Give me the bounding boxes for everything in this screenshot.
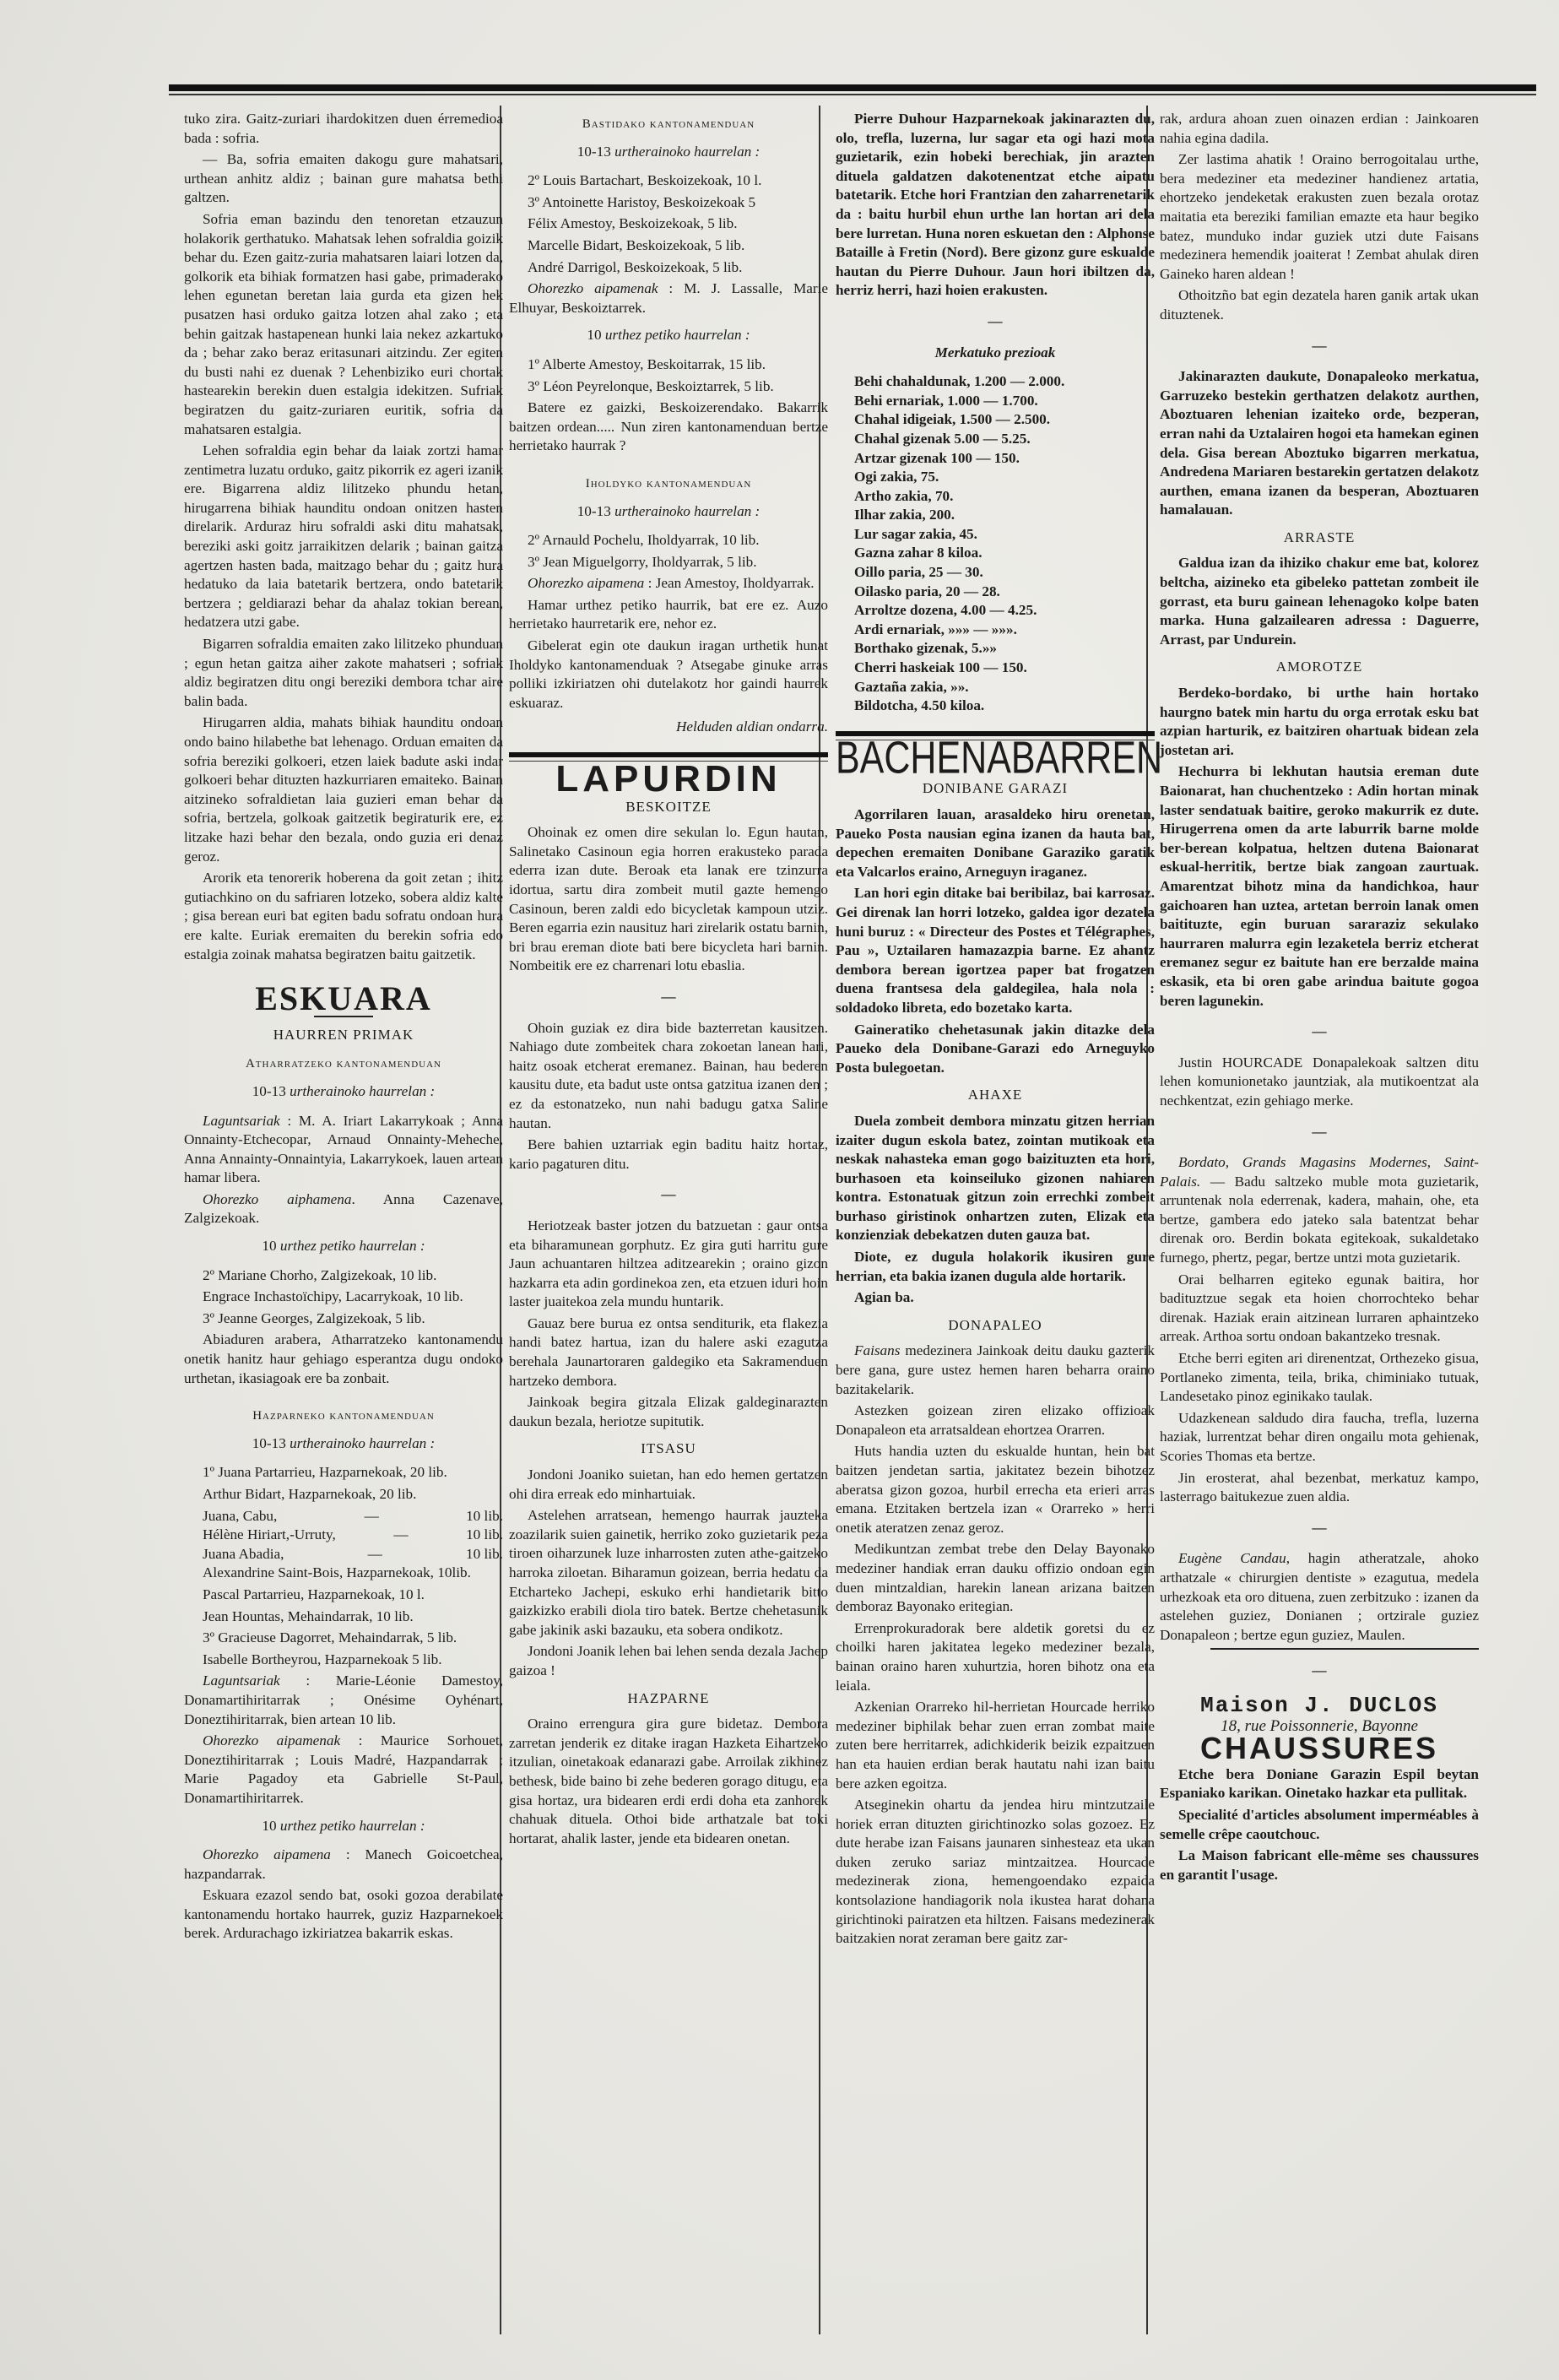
name: Juana Abadia, bbox=[203, 1545, 284, 1564]
list-item: Alexandrine Saint-Bois, Hazparnekoak, 10… bbox=[184, 1564, 503, 1583]
canton-heading: Hazparneko kantonamenduan bbox=[184, 1407, 503, 1426]
list-item: Arthur Bidart, Hazparnekoak, 20 lib. bbox=[184, 1485, 503, 1504]
paragraph: Jondoni Joanik lehen bai lehen senda dez… bbox=[509, 1642, 828, 1680]
paragraph: Berdeko-bordako, bi urthe hain hortako h… bbox=[1160, 684, 1479, 760]
list-item: Pascal Partarrieu, Hazparnekoak, 10 l. bbox=[184, 1586, 503, 1605]
paragraph: Eskuara ezazol sendo bat, osoki gozoa de… bbox=[184, 1886, 503, 1944]
age-heading: 10 urthez petiko haurrelan : bbox=[184, 1817, 503, 1836]
paragraph: Azkenian Orarreko hil-herrietan Hourcade… bbox=[836, 1698, 1155, 1793]
age-label: urtherainoko haurrelan : bbox=[290, 1435, 435, 1451]
paragraph: Jondoni Joaniko suietan, han edo hemen g… bbox=[509, 1466, 828, 1504]
price-item: Ogi zakia, 75. bbox=[836, 468, 1155, 487]
label: Ohorezko aipamena bbox=[528, 575, 644, 591]
price-item: Behi chahaldunak, 1.200 — 2.000. bbox=[836, 372, 1155, 392]
paragraph: Gaineratiko chehetasunak jakin ditazke d… bbox=[836, 1021, 1155, 1078]
age-range: 10-13 bbox=[252, 1435, 286, 1451]
column-2: Bastidako kantonamenduan 10-13 urtherain… bbox=[509, 110, 828, 1851]
paragraph: Hechurra bi lekhutan hautsia ereman dute… bbox=[1160, 762, 1479, 1011]
list-item: 3º Gracieuse Dagorret, Mehaindarrak, 5 l… bbox=[184, 1629, 503, 1648]
subsection-title: HAURREN PRIMAK bbox=[184, 1026, 503, 1045]
dash-separator: — bbox=[509, 988, 828, 1007]
age-label: urthez petiko haurrelan : bbox=[605, 327, 750, 343]
prices-title: Merkatuko prezioak bbox=[836, 344, 1155, 363]
section-title-bachenabarren: BACHENABARREN bbox=[836, 746, 1155, 770]
list-item: Félix Amestoy, Beskoizekoak, 5 lib. bbox=[509, 214, 828, 234]
list-item: 1º Alberte Amestoy, Beskoitarrak, 15 lib… bbox=[509, 355, 828, 375]
canton-heading: Bastidako kantonamenduan bbox=[509, 115, 828, 134]
column-1: tuko zira. Gaitz-zuriari ihardokitzen du… bbox=[184, 110, 503, 1946]
dash-separator: — bbox=[1160, 337, 1479, 356]
top-rule bbox=[169, 84, 1536, 91]
paragraph: tuko zira. Gaitz-zuriari ihardokitzen du… bbox=[184, 110, 503, 148]
paragraph: Ohorezko aipamenak : Maurice Sorhouet, D… bbox=[184, 1732, 503, 1808]
paragraph: Hirugarren aldia, mahats bihiak haunditu… bbox=[184, 713, 503, 866]
list-item: 3º Jeanne Georges, Zalgizekoak, 5 lib. bbox=[184, 1309, 503, 1329]
list-row: Juana Abadia,—10 lib. bbox=[184, 1545, 503, 1564]
label: Ohorezko aipamena bbox=[203, 1846, 331, 1862]
paragraph: Oraino errengura gira gure bidetaz. Demb… bbox=[509, 1715, 828, 1848]
list-item: 3º Antoinette Haristoy, Beskoizekoak 5 bbox=[509, 193, 828, 213]
paragraph: Udazkenean saldudo dira faucha, trefla, … bbox=[1160, 1409, 1479, 1466]
list-item: 3º Jean Miguelgorry, Iholdyarrak, 5 lib. bbox=[509, 553, 828, 572]
column-4: rak, ardura ahoan zuen oinazen erdian : … bbox=[1160, 110, 1479, 1887]
price-item: Lur sagar zakia, 45. bbox=[836, 525, 1155, 545]
paragraph: Agian ba. bbox=[836, 1288, 1155, 1308]
dash-separator: — bbox=[1160, 1662, 1479, 1681]
age-heading: 10-13 urtherainoko haurrelan : bbox=[509, 143, 828, 162]
paragraph: Astelehen arratsean, hemengo haurrak jau… bbox=[509, 1506, 828, 1640]
age-range: 10-13 bbox=[577, 503, 611, 519]
ad-headline: CHAUSSURES bbox=[1160, 1739, 1479, 1759]
subsection-title: HAZPARNE bbox=[509, 1689, 828, 1709]
paragraph: Jainkoak begira gitzala Elizak galdegina… bbox=[509, 1393, 828, 1431]
paragraph: Lehen sofraldia egin behar da laiak zort… bbox=[184, 442, 503, 632]
paragraph: Ohorezko aipamenak : M. J. Lassalle, Mar… bbox=[509, 279, 828, 317]
price-item: Artho zakia, 70. bbox=[836, 487, 1155, 507]
paragraph: Faisans medezinera Jainkoak deitu dauku … bbox=[836, 1342, 1155, 1399]
top-rule-thin bbox=[169, 94, 1536, 95]
paragraph: Ohoinak ez omen dire sekulan lo. Egun ha… bbox=[509, 823, 828, 976]
section-rule bbox=[509, 752, 828, 757]
canton-heading: Iholdyko kantonamenduan bbox=[509, 474, 828, 494]
canton-heading: Atharratzeko kantonamenduan bbox=[184, 1054, 503, 1074]
paragraph: Ohorezko aipamena : Manech Goicoetchea, … bbox=[184, 1846, 503, 1884]
paragraph: Justin HOURCADE Donapalekoak saltzen dit… bbox=[1160, 1054, 1479, 1111]
ad-shop-name: Maison J. DUCLOS bbox=[1160, 1696, 1479, 1716]
paragraph: Sofria eman bazindu den tenoretan etzauz… bbox=[184, 210, 503, 439]
newspaper-page: tuko zira. Gaitz-zuriari ihardokitzen du… bbox=[0, 0, 1559, 2380]
paragraph: Orai belharren egiteko egunak baitira, h… bbox=[1160, 1271, 1479, 1347]
age-range: 10-13 bbox=[252, 1083, 286, 1099]
label: Laguntsariak bbox=[203, 1673, 280, 1689]
ditto: — bbox=[368, 1545, 382, 1564]
age-label: urtherainoko haurrelan : bbox=[614, 144, 760, 160]
lead-italic: Faisans bbox=[854, 1342, 900, 1358]
price-item: Arroltze dozena, 4.00 — 4.25. bbox=[836, 601, 1155, 621]
price-item: Gazna zahar 8 kiloa. bbox=[836, 544, 1155, 563]
paragraph: Diote, ez dugula holakorik ikusiren gure… bbox=[836, 1248, 1155, 1286]
age-heading: 10-13 urtherainoko haurrelan : bbox=[184, 1082, 503, 1102]
label: Ohorezko aiphamena bbox=[203, 1191, 352, 1207]
list-item: Marcelle Bidart, Beskoizekoak, 5 lib. bbox=[509, 236, 828, 256]
subsection-title: BESKOITZE bbox=[509, 798, 828, 817]
list-item: Isabelle Bortheyrou, Hazparnekoak 5 lib. bbox=[184, 1651, 503, 1670]
text: : Jean Amestoy, Iholdyarrak. bbox=[644, 575, 814, 591]
column-3: Pierre Duhour Hazparnekoak jakinarazten … bbox=[836, 110, 1155, 1951]
price-item: Bildotcha, 4.50 kiloa. bbox=[836, 697, 1155, 716]
age-heading: 10 urthez petiko haurrelan : bbox=[509, 326, 828, 345]
ditto: — bbox=[393, 1526, 408, 1545]
age-heading: 10 urthez petiko haurrelan : bbox=[184, 1237, 503, 1256]
paragraph: Astezken goizean ziren elizako offizioak… bbox=[836, 1401, 1155, 1439]
age-label: urthez petiko haurrelan : bbox=[280, 1238, 425, 1254]
paragraph: Ohorezko aiphamena. Anna Cazenave, Zalgi… bbox=[184, 1190, 503, 1228]
paragraph: Gibelerat egin ote daukun iragan urtheti… bbox=[509, 637, 828, 713]
price-item: Behi ernariak, 1.000 — 1.700. bbox=[836, 392, 1155, 411]
paragraph: Laguntsariak : M. A. Iriart Lakarrykoak … bbox=[184, 1112, 503, 1188]
dash-separator: — bbox=[1160, 1519, 1479, 1538]
paragraph: Huts handia uzten du eskualde huntan, he… bbox=[836, 1442, 1155, 1537]
section-title-eskuara: ESKUARA bbox=[184, 989, 503, 1009]
age-range: 10 bbox=[587, 327, 601, 343]
list-item: 2º Louis Bartachart, Beskoizekoak, 10 l. bbox=[509, 171, 828, 191]
price-item: Oilasko paria, 20 — 28. bbox=[836, 583, 1155, 602]
age-label: urthez petiko haurrelan : bbox=[280, 1818, 425, 1834]
paragraph: Jakinarazten daukute, Donapaleoko merkat… bbox=[1160, 367, 1479, 520]
paragraph: Batere ez gaizki, Beskoizerendako. Bakar… bbox=[509, 398, 828, 456]
dash-separator: — bbox=[1160, 1022, 1479, 1042]
paragraph: Heriotzeak baster jotzen du batzuetan : … bbox=[509, 1217, 828, 1312]
price-item: Ardi ernariak, »»» — »»». bbox=[836, 621, 1155, 640]
age-range: 10-13 bbox=[577, 144, 611, 160]
paragraph: Galdua izan da ihiziko chakur eme bat, k… bbox=[1160, 554, 1479, 649]
price-item: Artzar gizenak 100 — 150. bbox=[836, 449, 1155, 469]
list-item: 2º Mariane Chorho, Zalgizekoak, 10 lib. bbox=[184, 1266, 503, 1286]
paragraph: Agorrilaren lauan, arasaldeko hiru orene… bbox=[836, 805, 1155, 881]
paragraph: Duela zombeit dembora minzatu gitzen her… bbox=[836, 1112, 1155, 1245]
paragraph: Atseginekin ohartu da jendea hiru mintzu… bbox=[836, 1796, 1155, 1949]
age-heading: 10-13 urtherainoko haurrelan : bbox=[509, 502, 828, 522]
text: — Badu saltzeko muble mota guzietarik, a… bbox=[1160, 1174, 1479, 1266]
age-range: 10 bbox=[262, 1818, 276, 1834]
list-item: Engrace Inchastoïchipy, Lacarrykoak, 10 … bbox=[184, 1288, 503, 1307]
paragraph: Eugène Candau, hagin atheratzale, ahoko … bbox=[1160, 1549, 1479, 1645]
paragraph: Hamar urthez petiko haurrik, bat ere ez.… bbox=[509, 596, 828, 634]
subsection-title: ARRASTE bbox=[1160, 529, 1479, 548]
paragraph: Medikuntzan zembat trebe den Delay Bayon… bbox=[836, 1540, 1155, 1616]
signature: Helduden aldian ondarra. bbox=[509, 718, 828, 737]
name: Hélène Hiriart,-Urruty, bbox=[203, 1526, 336, 1545]
age-label: urtherainoko haurrelan : bbox=[290, 1083, 435, 1099]
ditto: — bbox=[365, 1507, 379, 1526]
list-row: Hélène Hiriart,-Urruty,—10 lib. bbox=[184, 1526, 503, 1545]
subsection-title: AHAXE bbox=[836, 1086, 1155, 1105]
list-row: Juana, Cabu,—10 lib. bbox=[184, 1507, 503, 1526]
list-item: 2º Arnauld Pochelu, Iholdyarrak, 10 lib. bbox=[509, 531, 828, 550]
list-item: 1º Juana Partarrieu, Hazparnekoak, 20 li… bbox=[184, 1463, 503, 1483]
lead-italic: Eugène Candau bbox=[1178, 1550, 1286, 1566]
paragraph: Ohorezko aipamena : Jean Amestoy, Iholdy… bbox=[509, 574, 828, 594]
paragraph: Abiaduren arabera, Atharratzeko kantonam… bbox=[184, 1331, 503, 1388]
paragraph: Pierre Duhour Hazparnekoak jakinarazten … bbox=[836, 110, 1155, 301]
ad-paragraph: Specialité d'articles absolument impermé… bbox=[1160, 1806, 1479, 1844]
paragraph: Bere bahien uztarriak egin baditu haitz … bbox=[509, 1136, 828, 1174]
subsection-title: ITSASU bbox=[509, 1439, 828, 1459]
paragraph: Etche berri egiten ari direnentzat, Orth… bbox=[1160, 1349, 1479, 1407]
paragraph: — Ba, sofria emaiten dakogu gure mahatsa… bbox=[184, 150, 503, 208]
paragraph: Gauaz bere burua ez ontsa senditurik, et… bbox=[509, 1315, 828, 1391]
name: Juana, Cabu, bbox=[203, 1507, 277, 1526]
list-item: André Darrigol, Beskoizekoak, 5 lib. bbox=[509, 258, 828, 278]
paragraph: rak, ardura ahoan zuen oinazen erdian : … bbox=[1160, 110, 1479, 148]
price-item: Borthako gizenak, 5.»» bbox=[836, 639, 1155, 659]
price-item: Oillo paria, 25 — 30. bbox=[836, 563, 1155, 583]
price-item: Cherri haskeiak 100 — 150. bbox=[836, 659, 1155, 678]
paragraph: Jin erosterat, ahal bezenbat, merkatuz k… bbox=[1160, 1469, 1479, 1507]
subsection-title: DONAPALEO bbox=[836, 1316, 1155, 1336]
ad-paragraph: Etche bera Doniane Garazin Espil beytan … bbox=[1160, 1765, 1479, 1803]
price-list: Behi chahaldunak, 1.200 — 2.000. Behi er… bbox=[836, 372, 1155, 716]
paragraph: Othoitzño bat egin dezatela haren ganik … bbox=[1160, 286, 1479, 324]
amount: 10 lib. bbox=[466, 1526, 503, 1545]
amount: 10 lib. bbox=[466, 1507, 503, 1526]
paragraph: Errenprokuradorak bere aldetik goretsi d… bbox=[836, 1619, 1155, 1695]
ad-rule bbox=[1210, 1648, 1479, 1650]
paragraph: Bordato, Grands Magasins Modernes, Saint… bbox=[1160, 1153, 1479, 1268]
label: Ohorezko aipamenak bbox=[203, 1732, 340, 1748]
list-item: 3º Léon Peyrelonque, Beskoiztarrek, 5 li… bbox=[509, 377, 828, 397]
label: Ohorezko aipamenak bbox=[528, 280, 658, 296]
list-item: Jean Hountas, Mehaindarrak, 10 lib. bbox=[184, 1607, 503, 1627]
age-range: 10 bbox=[262, 1238, 276, 1254]
age-heading: 10-13 urtherainoko haurrelan : bbox=[184, 1434, 503, 1454]
paragraph: Lan hori egin ditake bai beribilaz, bai … bbox=[836, 884, 1155, 1017]
label: Laguntsariak bbox=[203, 1113, 280, 1129]
ad-paragraph: La Maison fabricant elle-même ses chauss… bbox=[1160, 1846, 1479, 1884]
paragraph: Bigarren sofraldia emaiten zako lilitzek… bbox=[184, 635, 503, 711]
section-title-lapurdin: LAPURDIN bbox=[509, 770, 828, 789]
paragraph: Laguntsariak : Marie-Léonie Damestoy, Do… bbox=[184, 1672, 503, 1729]
dash-separator: — bbox=[836, 312, 1155, 332]
dash-separator: — bbox=[1160, 1123, 1479, 1142]
price-item: Gaztaña zakia, »». bbox=[836, 678, 1155, 697]
dash-separator: — bbox=[509, 1185, 828, 1205]
subsection-title: AMOROTZE bbox=[1160, 658, 1479, 677]
amount: 10 lib. bbox=[466, 1545, 503, 1564]
price-item: Chahal gizenak 5.00 — 5.25. bbox=[836, 430, 1155, 449]
price-item: Chahal idigeiak, 1.500 — 2.500. bbox=[836, 410, 1155, 430]
price-item: Ilhar zakia, 200. bbox=[836, 506, 1155, 525]
paragraph: Arorik eta tenorerik hoberena da goit ze… bbox=[184, 869, 503, 964]
age-label: urtherainoko haurrelan : bbox=[614, 503, 760, 519]
paragraph: Ohoin guziak ez dira bide bazterretan ka… bbox=[509, 1019, 828, 1134]
paragraph: Zer lastima ahatik ! Oraino berrogoitala… bbox=[1160, 150, 1479, 284]
